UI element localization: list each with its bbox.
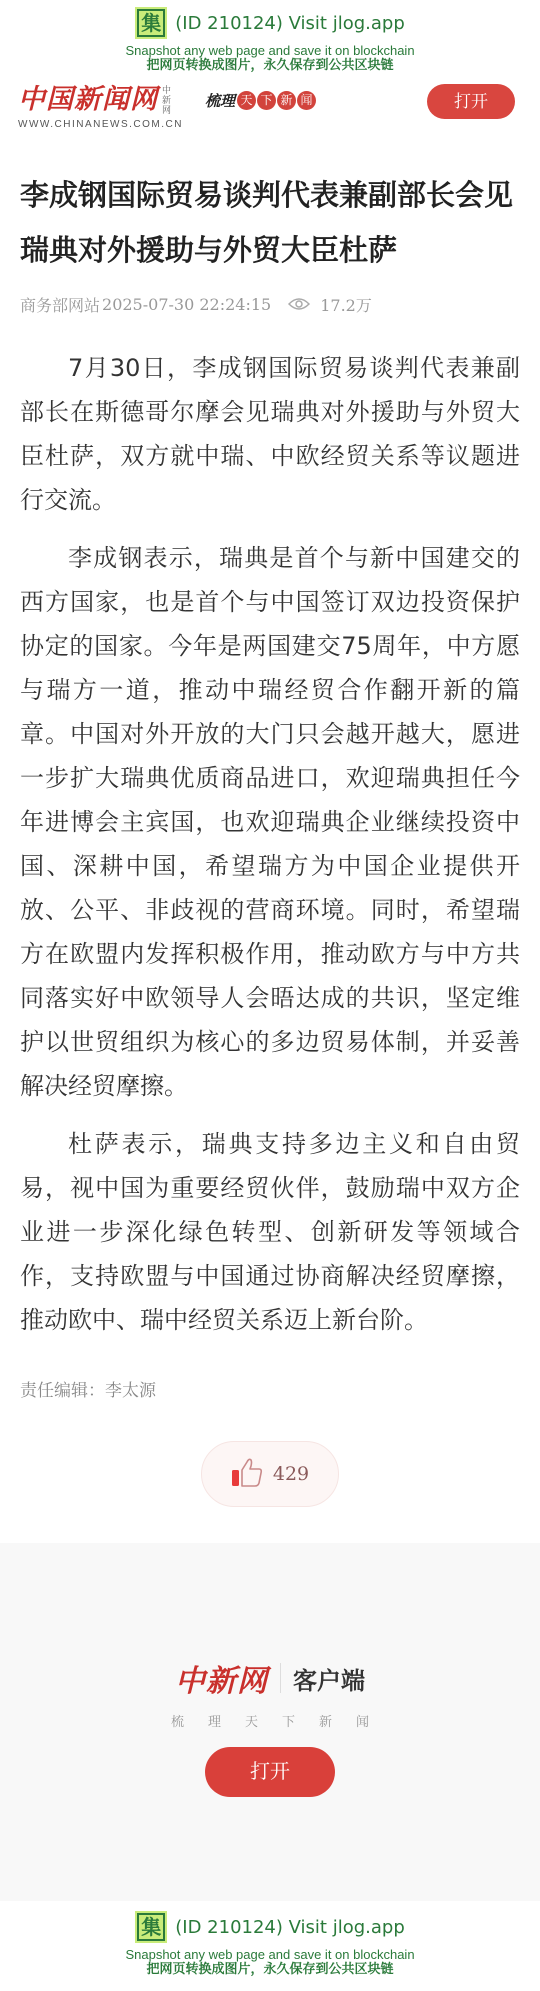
article-body: 7月30日，李成钢国际贸易谈判代表兼副部长在斯德哥尔摩会见瑞典对外援助与外贸大臣…	[20, 346, 520, 1342]
thumbs-up-icon	[231, 1457, 263, 1491]
logo-text: 中国新闻网	[18, 84, 158, 116]
divider	[280, 1663, 281, 1693]
jlog-subtitle-zh: 把网页转换成图片，永久保存到公共区块链	[0, 1962, 540, 1977]
view-count: 17.2万	[320, 293, 372, 316]
article-source: 商务部网站	[20, 293, 100, 316]
chinanews-logo[interactable]: 中国新闻网 中 新 网 WWW.CHINANEWS.COM.CN	[18, 84, 183, 130]
slogan-circle: 下	[257, 91, 276, 110]
article: 李成钢国际贸易谈判代表兼副部长会见瑞典对外援助与外贸大臣杜萨 商务部网站 202…	[0, 168, 540, 1507]
like-count: 429	[273, 1463, 309, 1485]
jlog-banner-bottom: 集 (ID 210124) Visit jlog.app Snapshot an…	[0, 1901, 540, 1991]
jlog-title[interactable]: (ID 210124) Visit jlog.app	[175, 1917, 405, 1938]
promo-brand: 中新网	[175, 1656, 268, 1700]
slogan-circle: 新	[277, 91, 296, 110]
like-button[interactable]: 429	[201, 1441, 339, 1507]
jlog-logo-icon: 集	[135, 1911, 167, 1943]
eye-icon	[288, 297, 310, 311]
app-promo: 中新网 客户端 梳 理 天 下 新 闻 打开	[0, 1543, 540, 1901]
open-app-button-top[interactable]: 打开	[427, 84, 515, 119]
open-app-button-bottom[interactable]: 打开	[205, 1747, 335, 1797]
promo-logo: 中新网 客户端	[0, 1656, 540, 1700]
article-paragraph: 杜萨表示，瑞典支持多边主义和自由贸易，视中国为重要经贸伙伴，鼓励瑞中双方企业进一…	[20, 1122, 520, 1342]
header-slogan: 梳理 天 下 新 闻	[205, 90, 317, 111]
slogan-circle: 闻	[297, 91, 316, 110]
article-title: 李成钢国际贸易谈判代表兼副部长会见瑞典对外援助与外贸大臣杜萨	[20, 168, 520, 278]
site-header: 中国新闻网 中 新 网 WWW.CHINANEWS.COM.CN 梳理 天 下 …	[0, 66, 540, 148]
jlog-banner-top: 集 (ID 210124) Visit jlog.app Snapshot an…	[0, 0, 540, 66]
jlog-logo-icon: 集	[135, 7, 167, 39]
promo-client-label: 客户端	[293, 1661, 365, 1696]
article-meta: 商务部网站 2025-07-30 22:24:15 17.2万	[20, 292, 520, 316]
promo-slogan: 梳 理 天 下 新 闻	[0, 1711, 540, 1730]
article-datetime: 2025-07-30 22:24:15	[102, 295, 271, 314]
article-editor: 责任编辑：李太源	[20, 1376, 520, 1401]
jlog-subtitle-en: Snapshot any web page and save it on blo…	[0, 1948, 540, 1962]
article-paragraph: 李成钢表示，瑞典是首个与新中国建交的西方国家，也是首个与中国签订双边投资保护协定…	[20, 536, 520, 1108]
jlog-title[interactable]: (ID 210124) Visit jlog.app	[175, 13, 405, 34]
logo-vertical-text: 中 新 网	[162, 86, 171, 116]
slogan-script: 梳理	[205, 90, 235, 111]
slogan-circle: 天	[237, 91, 256, 110]
jlog-subtitle-en: Snapshot any web page and save it on blo…	[0, 44, 540, 58]
logo-url: WWW.CHINANEWS.COM.CN	[18, 119, 183, 130]
article-paragraph: 7月30日，李成钢国际贸易谈判代表兼副部长在斯德哥尔摩会见瑞典对外援助与外贸大臣…	[20, 346, 520, 522]
